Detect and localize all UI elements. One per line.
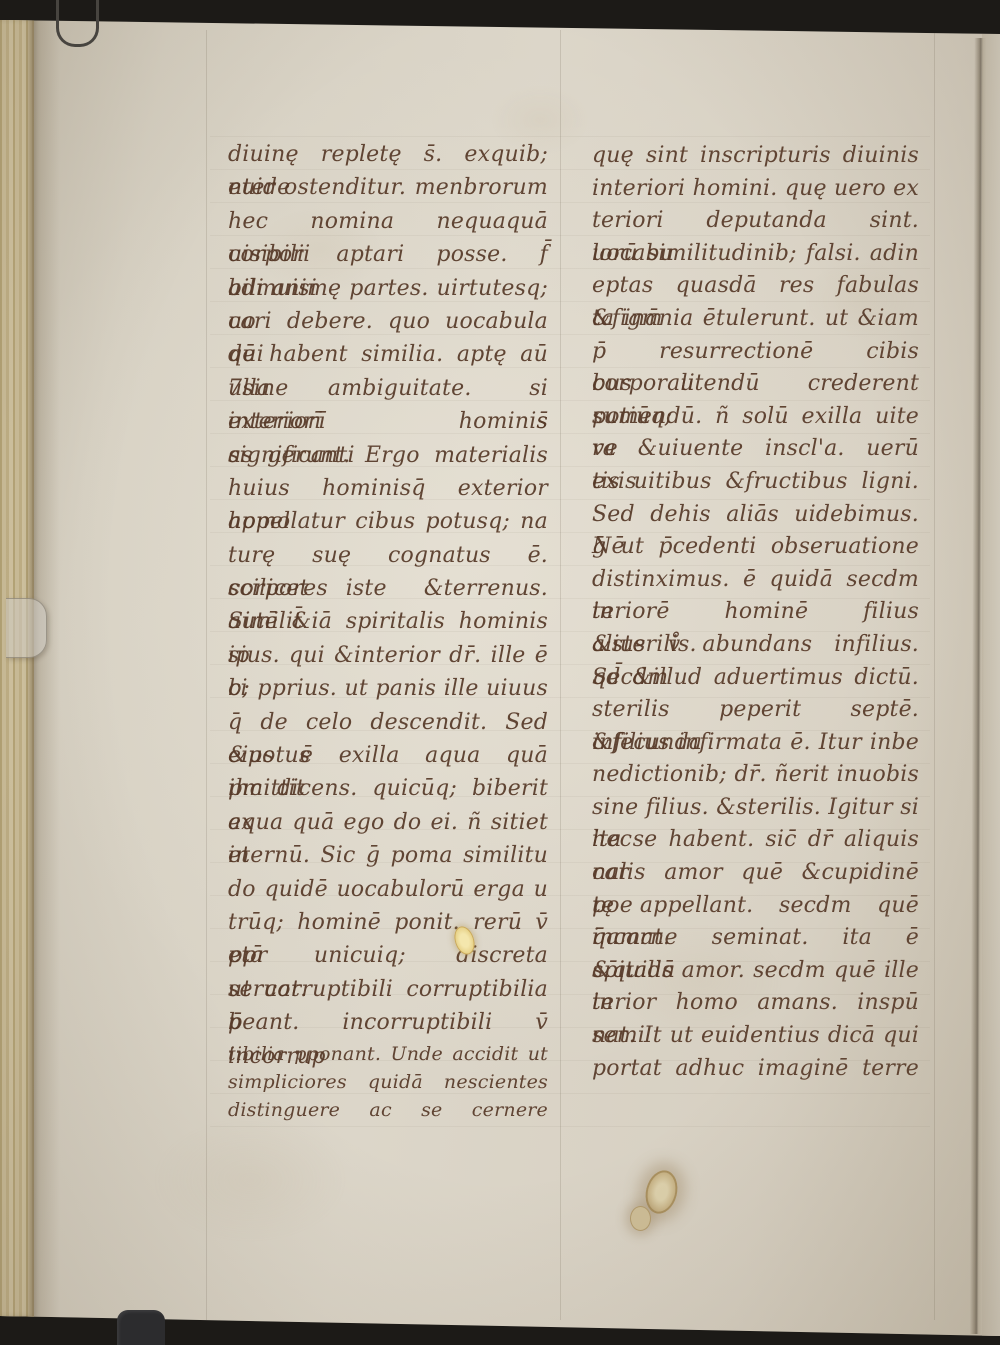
ms-line: etā unicuiq; discreta seruat. (228, 939, 548, 972)
ms-line: do quidē uocabulorū erga u (228, 873, 548, 906)
ms-line: distinximus. ē quidā secdm in (592, 564, 919, 597)
ms-line: interiori homini. quę uero ex (592, 173, 919, 206)
parchment-hole-small (630, 1206, 651, 1231)
ms-line: ḡ ut p̄cedenti obseruatione (592, 531, 919, 564)
ms-line: b; pprius. ut panis ille uiuus (228, 672, 548, 705)
ms-line: dē habent similia. aptę aū 7sine (228, 338, 548, 371)
ms-line: turę suę cognatus ē. corpores (228, 539, 548, 572)
manuscript-photo: diuinę repletę s̄. exquib; euidenter ost… (0, 0, 1000, 1345)
ms-line: incarne seminat. ita ē &quidā (592, 922, 919, 955)
ms-line: quę sint inscripturis diuinis (592, 140, 919, 173)
ms-line: ita se habent. sic̄ dr̄ aliquis car (592, 824, 919, 857)
ms-line: ra &uiuente inscl'a. uerū exis (592, 433, 919, 466)
fold-line-left (206, 30, 207, 1320)
fore-edge-page-stack (0, 18, 34, 1318)
ms-line: Sed dehis aliās uidebimus. Nē (592, 499, 919, 532)
bottom-clamp (117, 1310, 165, 1345)
ms-line: tibilia pponant. Unde accidit ut (228, 1040, 548, 1068)
ms-line: ihc dicens. quicūq; biberit ex (228, 772, 548, 805)
ms-line: bus utendū crederent potiūq; (592, 368, 919, 401)
ms-line: distinguere ac se cernere (228, 1096, 548, 1124)
ms-line: tę appellant. secdm quē q̄amat. (592, 890, 919, 923)
ms-line: sius. qui &interior dr̄. ille ē ci (228, 639, 548, 672)
fold-line-right (934, 30, 935, 1320)
ms-line: cari debere. quo uocabula qui (228, 305, 548, 338)
ms-line: bili animę partes. uirtutesq; uo (228, 272, 548, 305)
ms-line: diuinę repletę s̄. exquib; euide (228, 138, 548, 171)
ms-line: appellatur cibus potusq; na (228, 505, 548, 538)
wire-clip (56, 0, 99, 47)
ms-line: simpliciores quidā nescientes (228, 1068, 548, 1096)
ms-line: sine filius. &sterilis. Igitur si hec (592, 792, 919, 825)
ms-line: terior homo amans. inspū semi (592, 987, 919, 1020)
text-column-left: diuinę repletę s̄. exquib; euidenter ost… (228, 138, 548, 1124)
ms-line: tis uitibus &fructibus ligni. (592, 466, 919, 499)
ms-line: eius ē exilla aqua quā pmittit (228, 739, 548, 772)
ms-line: teriori deputanda sint. uocabu (592, 205, 919, 238)
ms-line: infilius infirmata ē. Itur inbe (592, 727, 919, 760)
ms-line: nalis amor quē &cupidinē poe (592, 857, 919, 890)
ms-line: beant. incorruptibili v̄ incorrup (228, 1006, 548, 1039)
text-column-right: quę sint inscripturis diuinisinteriori h… (592, 140, 919, 1085)
page-holder-clip (6, 598, 47, 658)
ms-line: autē &iā spiritalis hominis ip (228, 605, 548, 638)
fore-edge-shadow (34, 18, 60, 1318)
ms-line: ulla ambiguitate. si exteriorī s̄ (228, 372, 548, 405)
ms-line: sumendū. ñ solū exilla uite ve (592, 401, 919, 434)
ms-line: qd̄ &illud aduertimus dictū. (592, 662, 919, 695)
ms-line: portat adhuc imaginē terre (592, 1053, 919, 1086)
ms-line: p̄ resurrectionē cibis corporali (592, 336, 919, 369)
ms-line: scilicet iste &terrenus. Similit̄ (228, 572, 548, 605)
ms-line: teriorē hominē filius &sterilis. (592, 596, 919, 629)
ms-line: alius v̊ abundans infilius. Secdm (592, 629, 919, 662)
ms-line: q̄ de celo descendit. Sed &potus (228, 706, 548, 739)
ms-line: as gerunt. Ergo materialis (228, 439, 548, 472)
fold-line-center (560, 30, 561, 1320)
ms-line: ut corruptibili corruptibilia p̄ (228, 973, 548, 1006)
ms-line: trūq; hominē ponit. rerū v̄ ppr (228, 906, 548, 939)
ms-line: nedictionib; dr̄. ñerit inuobis (592, 759, 919, 792)
ms-line: sp̄italis amor. secdm quē ille in (592, 955, 919, 988)
parchment-page: diuinę repletę s̄. exquib; euidenter ost… (0, 0, 1000, 1345)
ms-line: hec nomina nequaquā corpori (228, 205, 548, 238)
ms-line: aqua quā ego do ei. ñ sitiet in (228, 806, 548, 839)
ms-line: eptas quasdā res fabulas &figm̄ (592, 270, 919, 303)
ms-line: uisibili aptari posse. f̄ admuisi (228, 238, 548, 271)
ms-line: nter ostenditur. menbrorum (228, 171, 548, 204)
ms-line: eternū. Sic ḡ poma similitu (228, 839, 548, 872)
ms-line: interiorī hominis significanti (228, 405, 548, 438)
ms-line: huius hominisq̄ exterior homo (228, 472, 548, 505)
ms-line: lorū similitudinib; falsi. adin (592, 238, 919, 271)
ms-line: ta inania ētulerunt. ut &iam (592, 303, 919, 336)
ms-line: nat. It ut euidentius dicā qui (592, 1020, 919, 1053)
ms-line: sterilis peperit septē. &fecunda (592, 694, 919, 727)
